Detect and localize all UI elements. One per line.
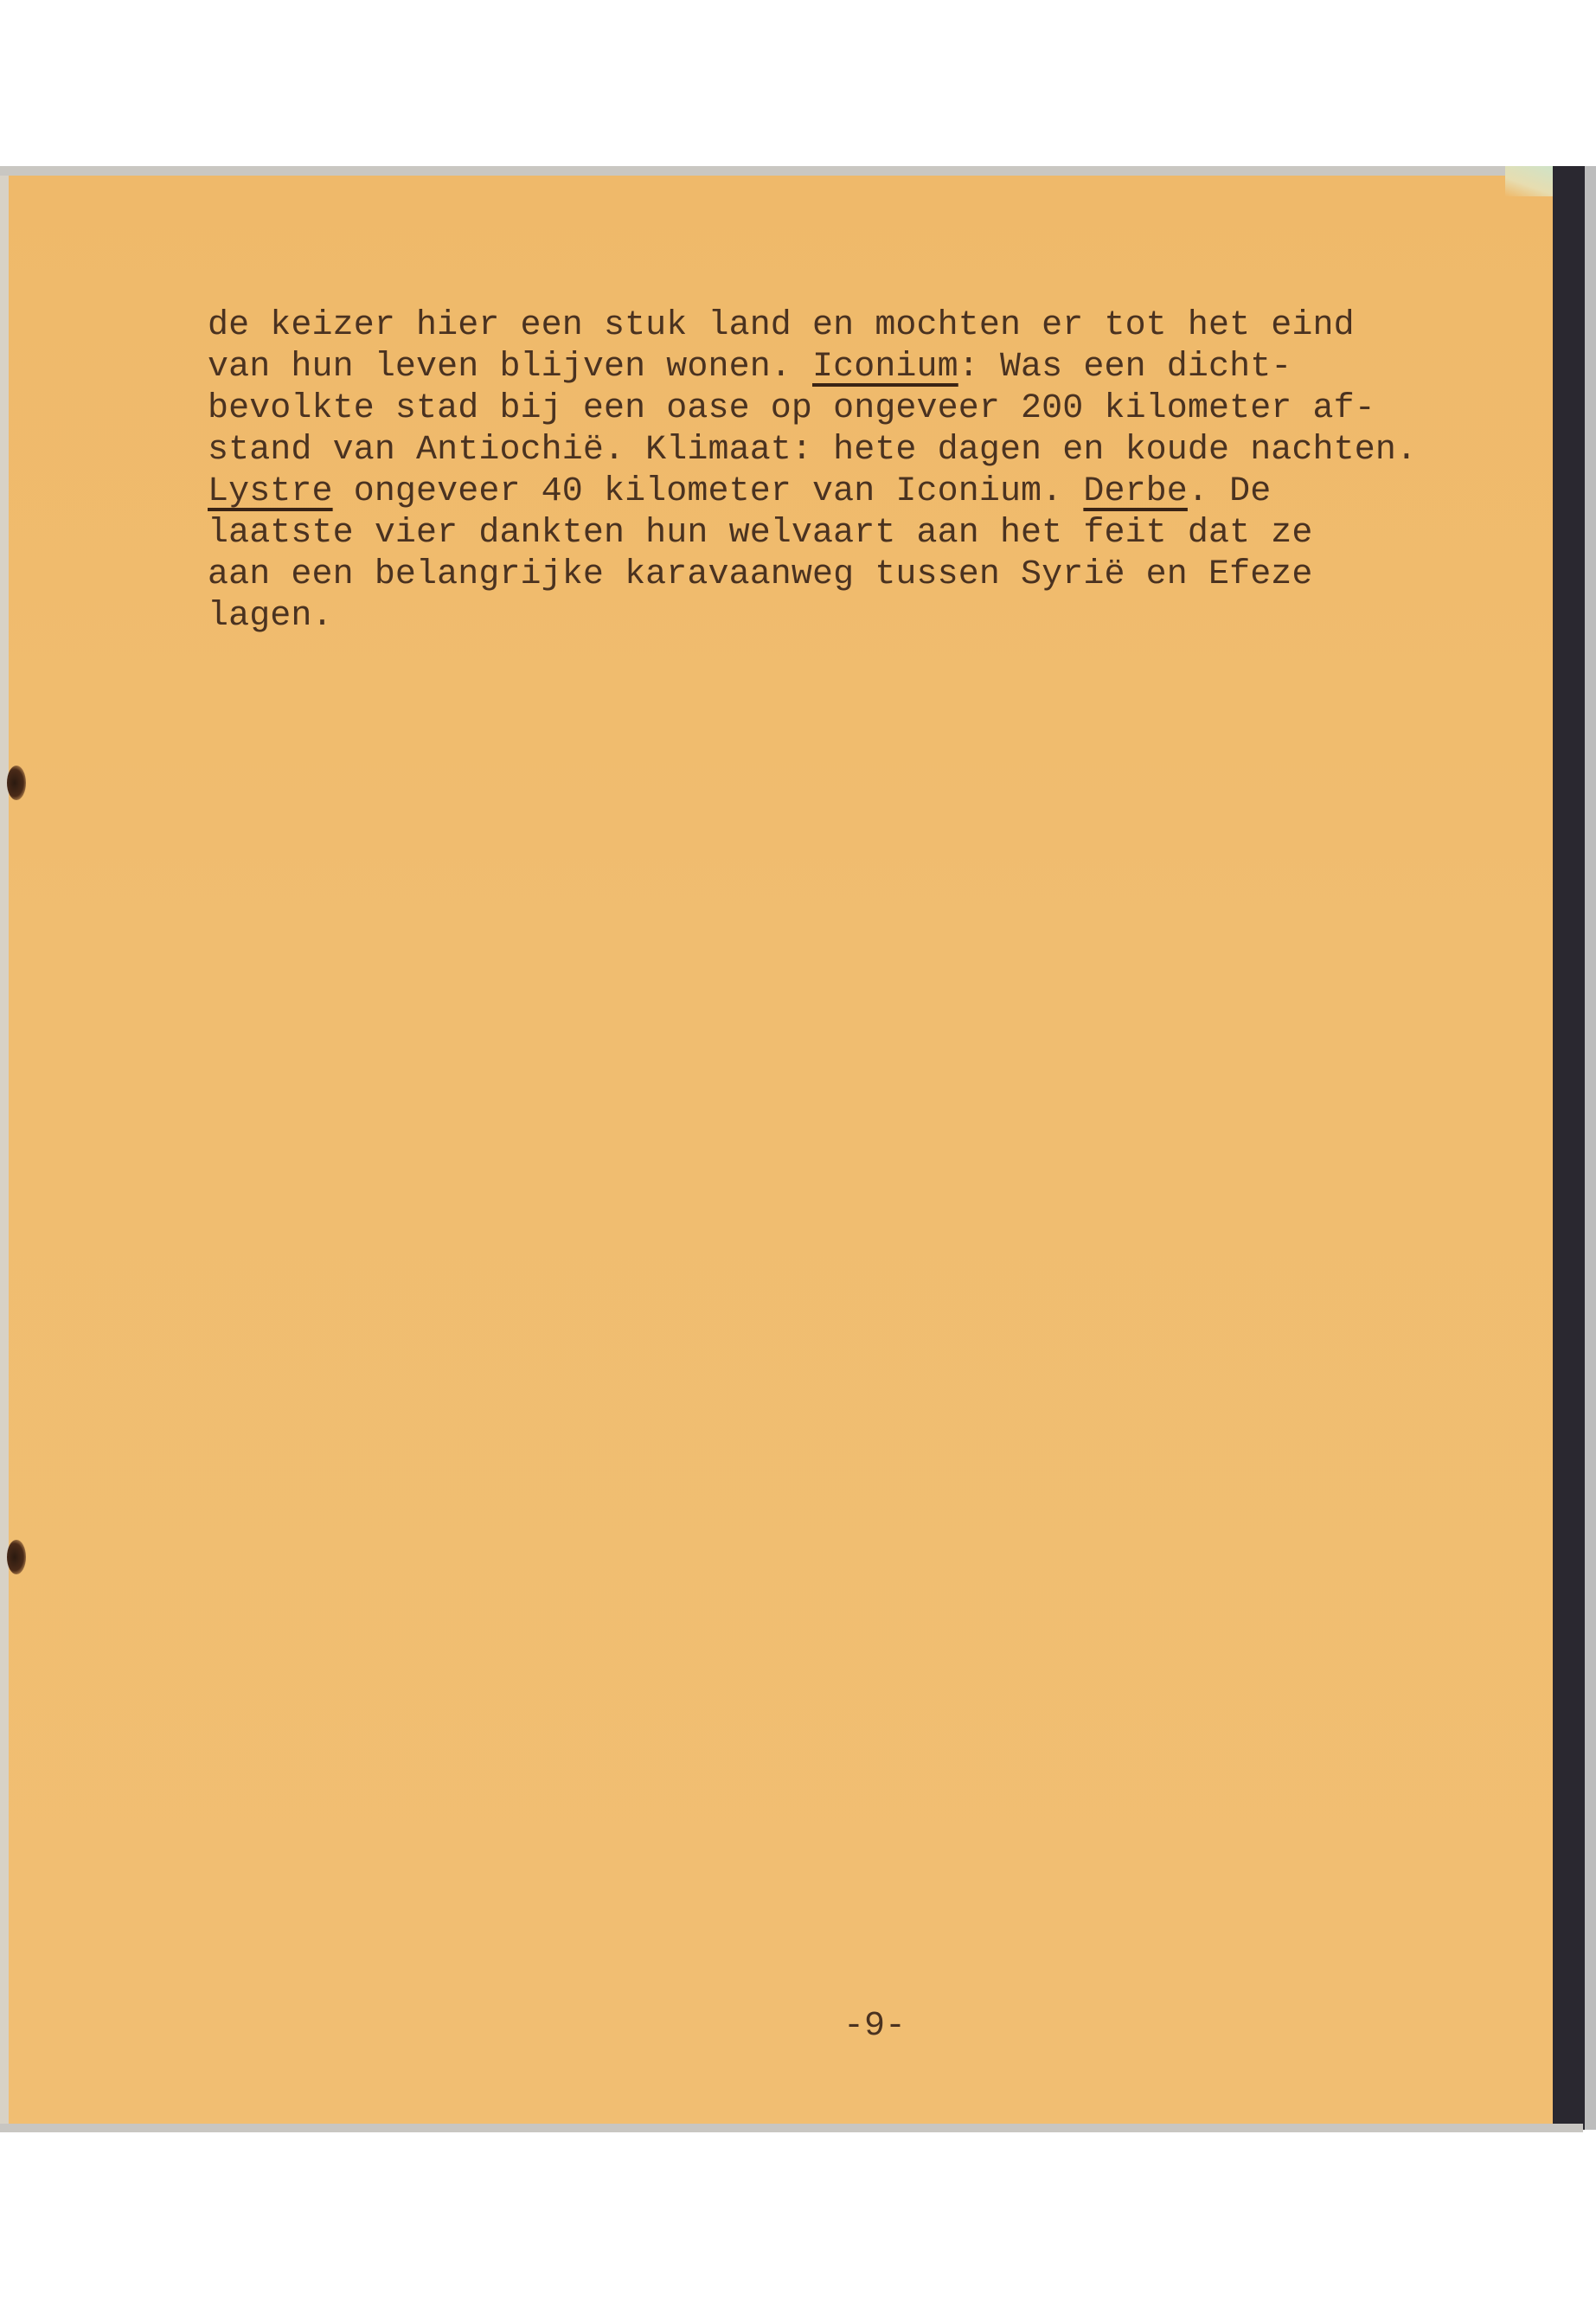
text-line: stand van Antiochië. Klimaat: hete dagen… xyxy=(208,430,1417,471)
text-line: lagen. xyxy=(208,596,1417,638)
text-segment: . De xyxy=(1188,472,1271,511)
binder-edge xyxy=(1585,166,1596,2130)
binder-strip xyxy=(1553,166,1585,2130)
underlined-place-name: Lystre xyxy=(208,472,333,511)
text-line: van hun leven blijven wonen. Iconium: Wa… xyxy=(208,347,1417,388)
text-segment: stand van Antiochië. Klimaat: hete dagen… xyxy=(208,431,1417,470)
text-segment: ongeveer 40 kilometer van Iconium. xyxy=(333,472,1084,511)
body-text: de keizer hier een stuk land en mochten … xyxy=(208,305,1417,638)
page-number: -9- xyxy=(843,2007,906,2046)
text-segment: laatste vier dankten hun welvaart aan he… xyxy=(208,514,1313,553)
text-line: bevolkte stad bij een oase op ongeveer 2… xyxy=(208,388,1417,430)
text-segment: de keizer hier een stuk land en mochten … xyxy=(208,306,1355,345)
text-segment: aan een belangrijke karavaanweg tussen S… xyxy=(208,555,1313,594)
underlined-place-name: Derbe xyxy=(1083,472,1188,511)
punch-hole-icon xyxy=(7,1540,26,1574)
text-line: de keizer hier een stuk land en mochten … xyxy=(208,305,1417,347)
scan-bottom-edge xyxy=(0,2124,1583,2132)
underlined-place-name: Iconium xyxy=(812,348,958,387)
text-line: Lystre ongeveer 40 kilometer van Iconium… xyxy=(208,471,1417,513)
text-segment: : Was een dicht- xyxy=(958,348,1292,387)
text-line: aan een belangrijke karavaanweg tussen S… xyxy=(208,554,1417,596)
text-segment: van hun leven blijven wonen. xyxy=(208,348,812,387)
text-line: laatste vier dankten hun welvaart aan he… xyxy=(208,513,1417,554)
punch-hole-icon xyxy=(7,766,26,800)
page-corner-tint xyxy=(1505,166,1553,196)
text-segment: bevolkte stad bij een oase op ongeveer 2… xyxy=(208,389,1375,428)
text-segment: lagen. xyxy=(208,597,333,636)
